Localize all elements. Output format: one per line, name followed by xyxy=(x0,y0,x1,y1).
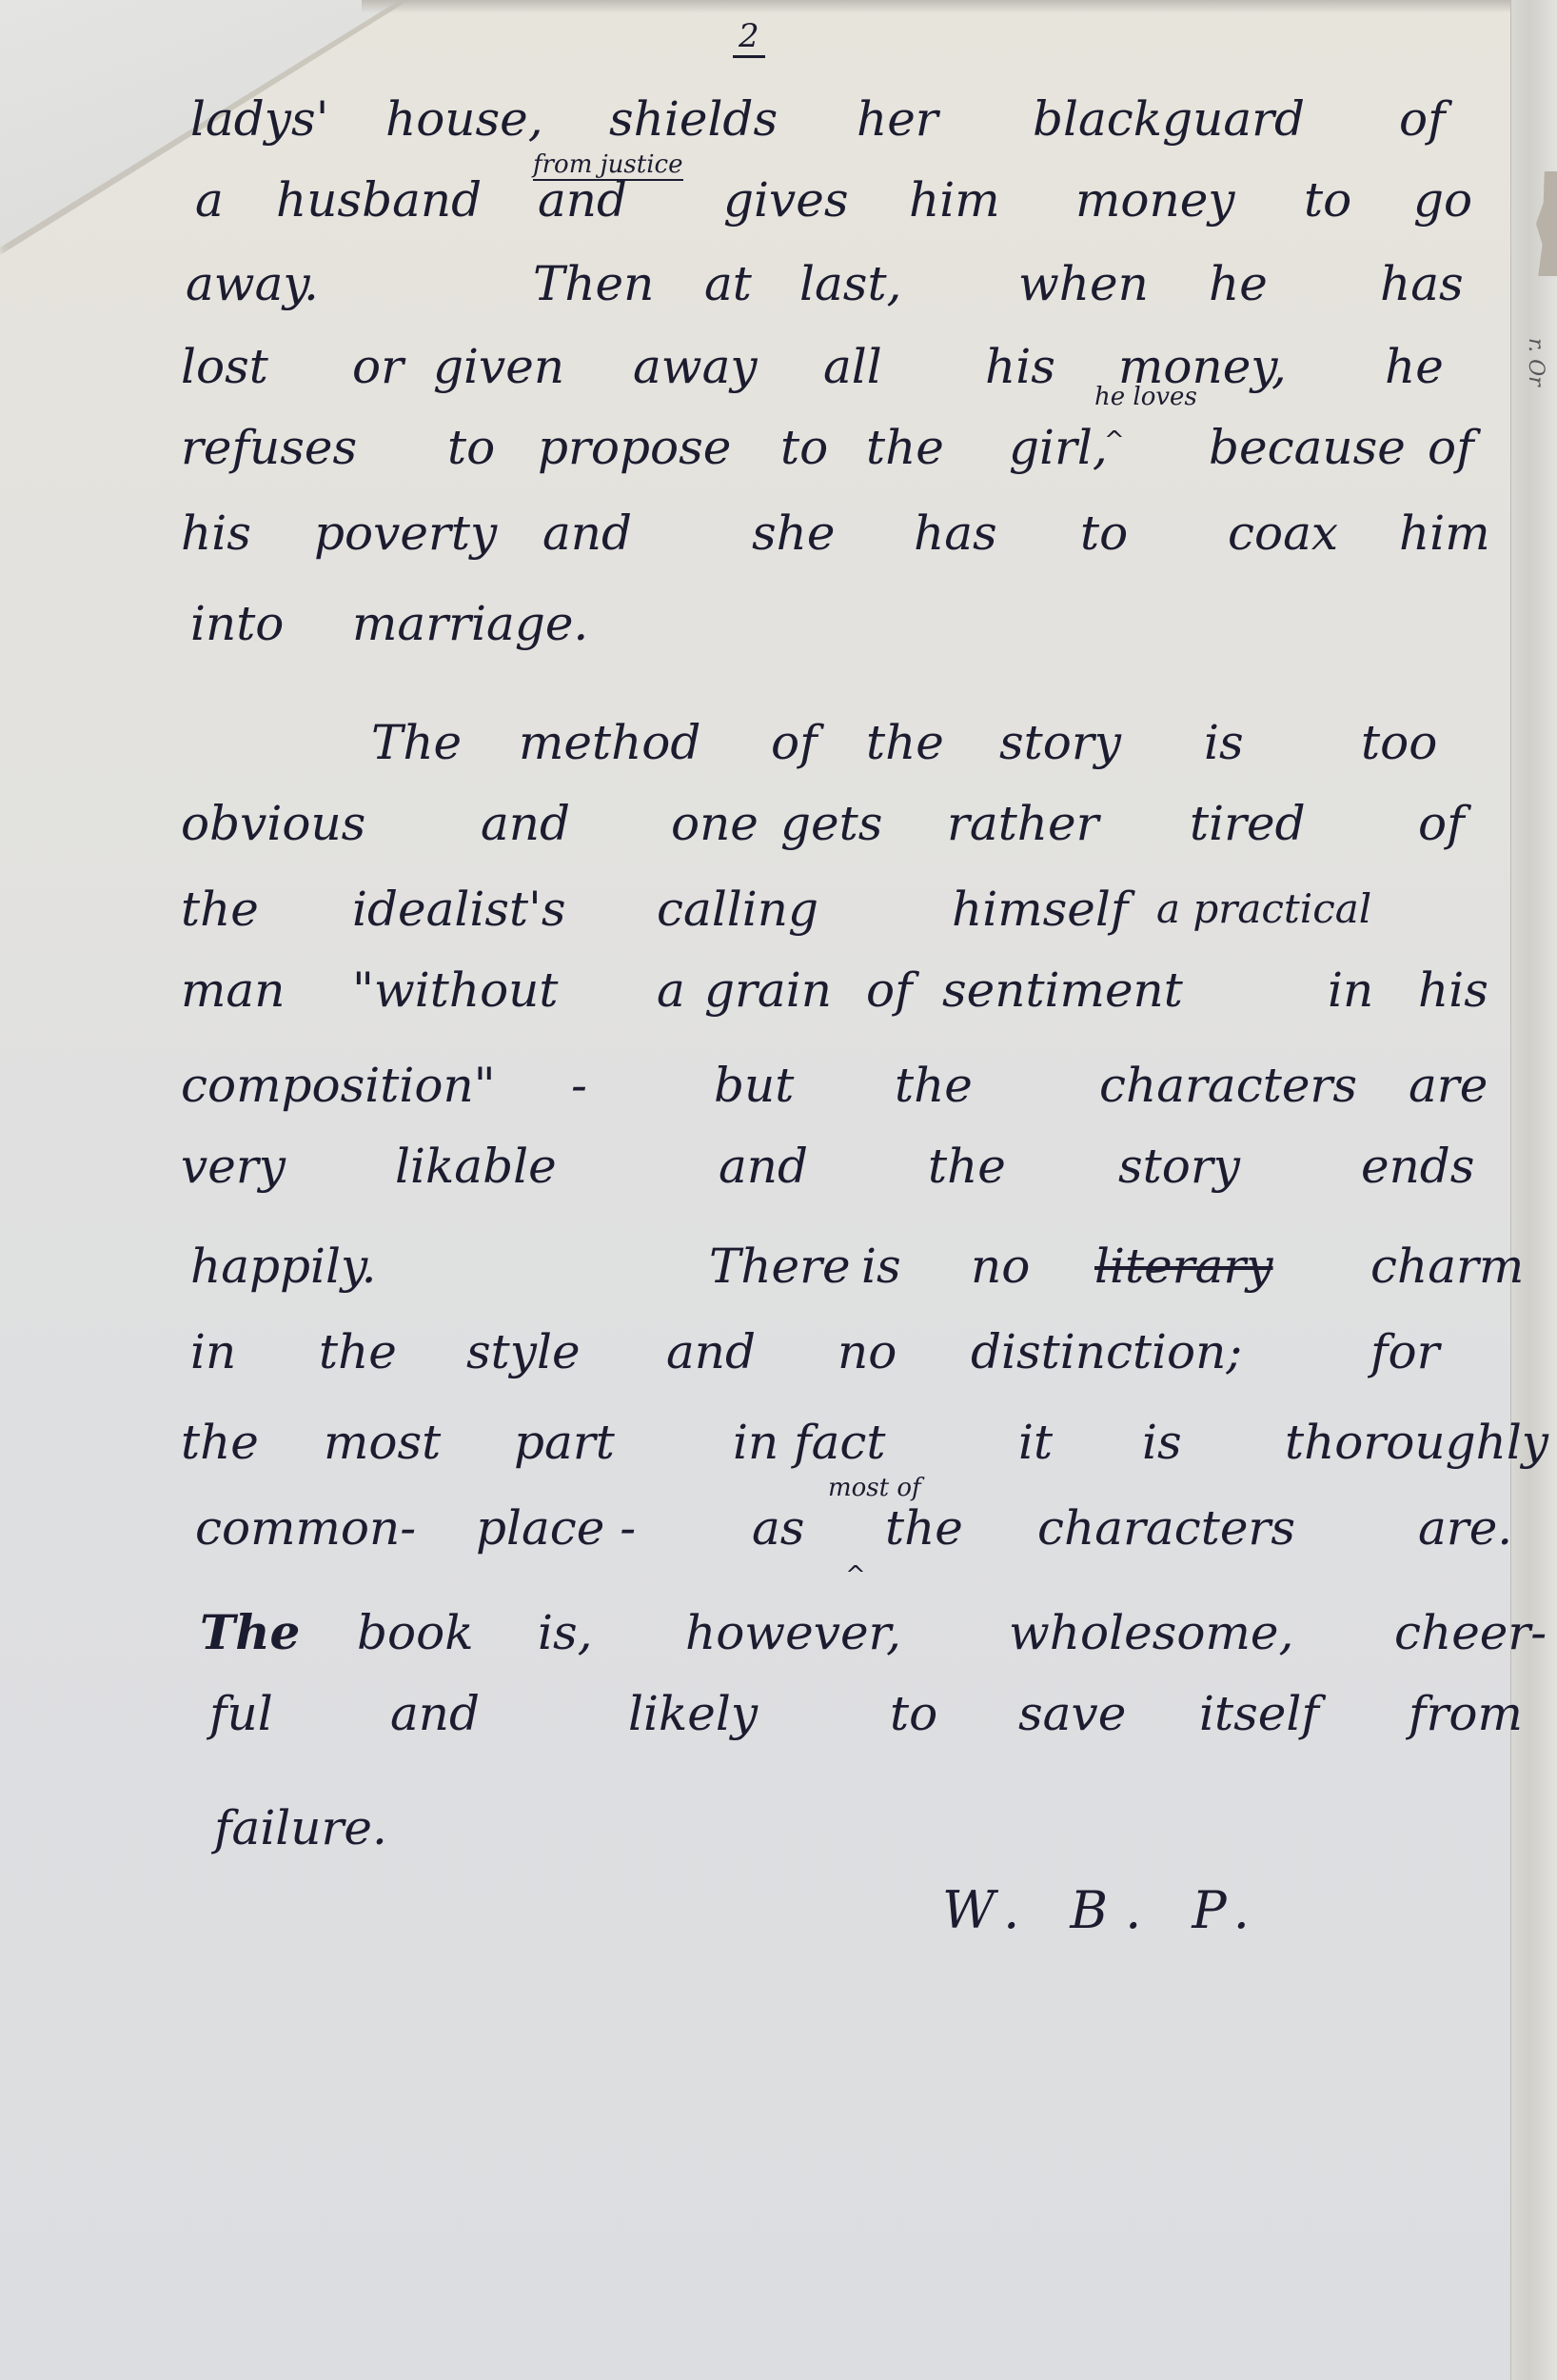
word: are. xyxy=(1418,1499,1512,1557)
word: given xyxy=(433,338,564,395)
insertion-he-loves: he loves xyxy=(1094,383,1197,411)
word: but xyxy=(714,1057,794,1114)
word: him xyxy=(1399,505,1490,562)
word: shields xyxy=(609,90,778,148)
word: story xyxy=(999,714,1121,771)
word: all xyxy=(823,338,882,395)
word: for xyxy=(1370,1323,1440,1380)
word: are xyxy=(1409,1057,1488,1114)
word: There xyxy=(709,1238,851,1295)
word: common- xyxy=(195,1499,416,1557)
manuscript-page: r. Or 2 ladys' house, shields her blackg… xyxy=(0,0,1557,2380)
word: "without xyxy=(352,962,558,1019)
word: idealist's xyxy=(352,881,566,938)
word: it xyxy=(1018,1414,1053,1471)
word: he xyxy=(1209,255,1268,312)
word: himself xyxy=(952,881,1128,938)
word: away. xyxy=(186,255,319,312)
word: coax xyxy=(1228,505,1338,562)
word: ful xyxy=(209,1685,273,1742)
word: in xyxy=(1328,962,1373,1019)
word: most xyxy=(324,1414,441,1471)
word: book xyxy=(357,1604,474,1661)
binding-shadow xyxy=(362,0,1513,13)
word: one xyxy=(671,795,759,852)
insertion-most-of: most of xyxy=(828,1474,921,1502)
word: place - xyxy=(476,1499,636,1557)
word: her xyxy=(857,90,938,148)
word: the xyxy=(885,1499,963,1557)
word: story xyxy=(1118,1138,1240,1195)
word: characters xyxy=(1037,1499,1295,1557)
word: girl, xyxy=(1009,419,1108,476)
word: is xyxy=(1142,1414,1182,1471)
word: too xyxy=(1361,714,1437,771)
word: obvious xyxy=(181,795,365,852)
word: when xyxy=(1018,255,1149,312)
word: his xyxy=(181,505,251,562)
word: a xyxy=(657,962,685,1019)
word: Then xyxy=(533,255,654,312)
word: money xyxy=(1075,171,1235,228)
word: has xyxy=(914,505,997,562)
word: poverty xyxy=(314,505,497,562)
word: away xyxy=(633,338,758,395)
word: of xyxy=(1418,795,1465,852)
word: the xyxy=(895,1057,973,1114)
word: is xyxy=(1204,714,1244,771)
word: the xyxy=(181,881,259,938)
word: likely xyxy=(628,1685,758,1742)
page-number: 2 xyxy=(733,17,765,58)
word: part xyxy=(514,1414,615,1471)
word: last, xyxy=(799,255,901,312)
word: of xyxy=(1428,419,1474,476)
word: and xyxy=(719,1138,808,1195)
word: and xyxy=(666,1323,756,1380)
word: is, xyxy=(538,1604,593,1661)
word: method xyxy=(519,714,700,771)
struck-word-literary: literary xyxy=(1094,1238,1273,1295)
word: save xyxy=(1018,1685,1126,1742)
word: likable xyxy=(395,1138,557,1195)
word: to xyxy=(780,419,828,476)
word: and xyxy=(481,795,570,852)
word: tired xyxy=(1190,795,1306,852)
word: is xyxy=(861,1238,901,1295)
word: propose xyxy=(538,419,731,476)
word: ends xyxy=(1361,1138,1474,1195)
word: of xyxy=(1399,90,1446,148)
word: itself xyxy=(1199,1685,1319,1742)
word: blackguard xyxy=(1033,90,1305,148)
word: characters xyxy=(1099,1057,1357,1114)
margin-mark: r. Or xyxy=(1524,338,1547,387)
word: the xyxy=(866,714,944,771)
word: to xyxy=(1304,171,1351,228)
word: at xyxy=(704,255,752,312)
word: she xyxy=(752,505,835,562)
word: from xyxy=(1409,1685,1523,1742)
word: has xyxy=(1380,255,1464,312)
word: his xyxy=(1418,962,1488,1019)
word: happily. xyxy=(190,1238,377,1295)
word: and xyxy=(390,1685,480,1742)
word: the xyxy=(928,1138,1006,1195)
word: marriage. xyxy=(352,595,588,652)
word: of xyxy=(866,962,913,1019)
word: thoroughly xyxy=(1285,1414,1548,1471)
word: The xyxy=(200,1604,300,1661)
word: style xyxy=(466,1323,581,1380)
word: a practical xyxy=(1156,881,1371,938)
word: ladys' xyxy=(190,90,328,148)
word: very xyxy=(181,1138,286,1195)
word: the xyxy=(319,1323,397,1380)
word: to xyxy=(1080,505,1128,562)
word: cheer- xyxy=(1394,1604,1547,1661)
word: wholesome, xyxy=(1009,1604,1293,1661)
word: to xyxy=(447,419,495,476)
word: distinction; xyxy=(971,1323,1242,1380)
word: the xyxy=(181,1414,259,1471)
word: gives xyxy=(723,171,849,228)
word: however, xyxy=(685,1604,901,1661)
word: sentiment xyxy=(942,962,1183,1019)
word: - xyxy=(571,1057,587,1114)
word: husband xyxy=(276,171,482,228)
word: him xyxy=(909,171,1000,228)
word: in xyxy=(190,1323,236,1380)
word: calling xyxy=(657,881,818,938)
word: in fact xyxy=(733,1414,886,1471)
word: his xyxy=(985,338,1055,395)
word: of xyxy=(771,714,818,771)
insertion-caret: ^ xyxy=(845,1561,866,1590)
word: The xyxy=(371,714,462,771)
word: to xyxy=(890,1685,937,1742)
word: and xyxy=(542,505,632,562)
word: or xyxy=(352,338,404,395)
word: no xyxy=(971,1238,1030,1295)
word: charm xyxy=(1370,1238,1524,1295)
word: no xyxy=(838,1323,897,1380)
word: as xyxy=(752,1499,804,1557)
word: composition" xyxy=(181,1057,496,1114)
word: he xyxy=(1385,338,1444,395)
word: gets xyxy=(780,795,882,852)
signature-initials: W. B. P. xyxy=(942,1880,1267,1940)
word: go xyxy=(1413,171,1472,228)
word: refuses xyxy=(181,419,357,476)
word: because xyxy=(1209,419,1406,476)
word: rather xyxy=(947,795,1099,852)
word: the xyxy=(866,419,944,476)
word: a xyxy=(195,171,224,228)
word: and xyxy=(538,171,627,228)
word: house, xyxy=(385,90,543,148)
word: man xyxy=(181,962,285,1019)
word: grain xyxy=(704,962,832,1019)
word: into xyxy=(190,595,284,652)
word: failure. xyxy=(214,1799,387,1856)
word: lost xyxy=(181,338,268,395)
